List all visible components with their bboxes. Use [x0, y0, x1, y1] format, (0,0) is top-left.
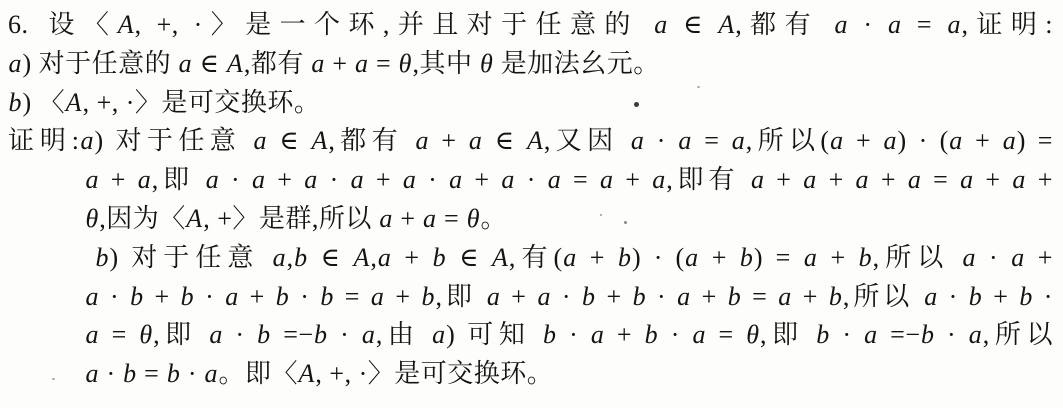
proof-part-b-line-1: b) 对于任意 a,b ∈ A,a + b ∈ A,有(a + b) · (a …	[8, 239, 1053, 278]
problem-part-b-text: b) 〈A, +, ·〉是可交换环。	[8, 88, 320, 117]
proof-part-a-line-1: 证明:a) 对于任意 a ∈ A,都有 a + a ∈ A,又因 a · a =…	[8, 122, 1053, 161]
problem-statement-line: 6.设〈A, +, ·〉是一个环,并且对于任意的 a ∈ A,都有 a · a …	[8, 6, 1053, 45]
problem-part-a-line: a) 对于任意的 a ∈ A,都有 a + a = θ,其中 θ 是加法幺元。	[8, 45, 1053, 84]
proof-part-b-line-4: a · b = b · a。即〈A, +, ·〉是可交换环。	[8, 355, 1053, 394]
proof-label: 证明:	[8, 126, 80, 155]
proof-part-a-line-3: θ,因为〈A, +〉是群,所以 a + a = θ。	[8, 200, 1053, 239]
proof-part-b-text-2: a · b + b · a + b · b = a + b,即 a + a · …	[85, 282, 1053, 311]
proof-part-b-line-3: a = θ,即 a · b =−b · a,由 a) 可知 b · a + b …	[8, 316, 1053, 355]
proof-part-a-text-2: a + a,即 a · a + a · a + a · a + a · a = …	[85, 165, 1053, 194]
proof-part-a-text-3: θ,因为〈A, +〉是群,所以 a + a = θ。	[85, 204, 507, 233]
proof-part-b-line-2: a · b + b · a + b · b = a + b,即 a + a · …	[8, 278, 1053, 317]
problem-part-a-text: a) 对于任意的 a ∈ A,都有 a + a = θ,其中 θ 是加法幺元。	[8, 49, 660, 78]
problem-part-b-line: b) 〈A, +, ·〉是可交换环。	[8, 84, 1053, 123]
problem-number: 6.	[8, 10, 29, 39]
problem-statement: 设〈A, +, ·〉是一个环,并且对于任意的 a ∈ A,都有 a · a = …	[41, 10, 1053, 39]
proof-part-b-text-4: a · b = b · a。即〈A, +, ·〉是可交换环。	[85, 359, 553, 388]
proof-part-a-text-1: a) 对于任意 a ∈ A,都有 a + a ∈ A,又因 a · a = a,…	[80, 126, 1053, 155]
scanned-textbook-page: 6.设〈A, +, ·〉是一个环,并且对于任意的 a ∈ A,都有 a · a …	[0, 0, 1063, 408]
proof-part-b-text-1: b) 对于任意 a,b ∈ A,a + b ∈ A,有(a + b) · (a …	[95, 243, 1053, 272]
proof-part-a-line-2: a + a,即 a · a + a · a + a · a + a · a = …	[8, 161, 1053, 200]
proof-part-b-text-3: a = θ,即 a · b =−b · a,由 a) 可知 b · a + b …	[85, 320, 1053, 349]
